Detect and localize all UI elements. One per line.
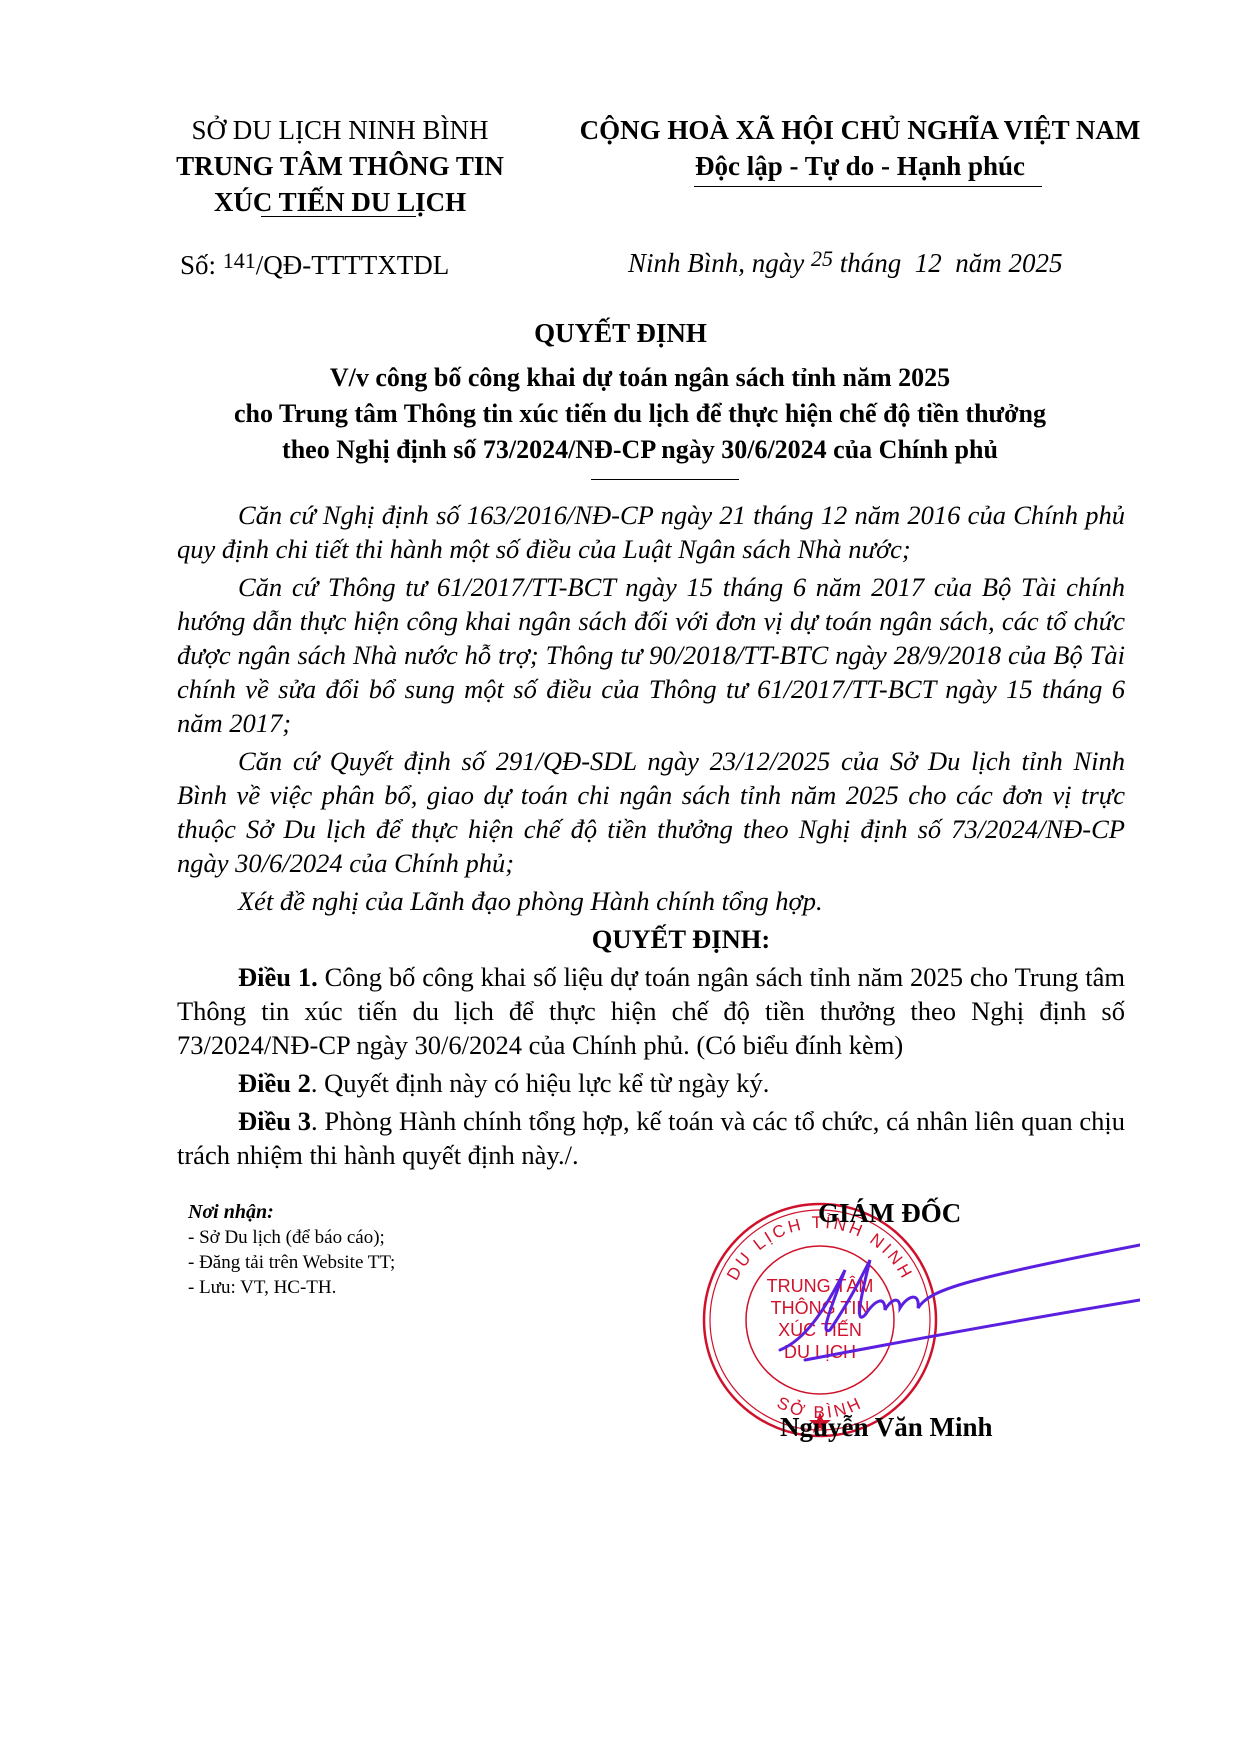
article-2: Điều 2. Quyết định này có hiệu lực kể từ… bbox=[177, 1066, 1125, 1100]
subject-underline bbox=[591, 479, 739, 480]
recipient-item: - Đăng tải trên Website TT; bbox=[188, 1250, 395, 1275]
national-motto: Độc lập - Tự do - Hạnh phúc bbox=[560, 148, 1160, 184]
preamble-2: Căn cứ Thông tư 61/2017/TT-BCT ngày 15 t… bbox=[177, 570, 1125, 740]
article-1: Điều 1. Công bố công khai số liệu dự toá… bbox=[177, 960, 1125, 1062]
article-1-text: Công bố công khai số liệu dự toán ngân s… bbox=[177, 962, 1125, 1060]
article-3-text: . Phòng Hành chính tổng hợp, kế toán và … bbox=[177, 1106, 1125, 1170]
national-heading: CỘNG HOÀ XÃ HỘI CHỦ NGHĨA VIỆT NAM Độc l… bbox=[560, 112, 1160, 184]
subject-line-2: cho Trung tâm Thông tin xúc tiến du lịch… bbox=[160, 396, 1120, 432]
date-month: 12 bbox=[915, 248, 942, 278]
number-value: 141 bbox=[223, 248, 256, 273]
recipients-block: Nơi nhận: - Sở Du lịch (để báo cáo); - Đ… bbox=[188, 1200, 395, 1300]
date-prefix: Ninh Bình, ngày bbox=[628, 248, 804, 278]
agency-name-line1: TRUNG TÂM THÔNG TIN bbox=[140, 148, 540, 184]
subject-line-1: V/v công bố công khai dự toán ngân sách … bbox=[160, 360, 1120, 396]
preamble-1: Căn cứ Nghị định số 163/2016/NĐ-CP ngày … bbox=[177, 498, 1125, 566]
article-2-label: Điều 2 bbox=[238, 1068, 311, 1098]
issuing-agency: SỞ DU LỊCH NINH BÌNH TRUNG TÂM THÔNG TIN… bbox=[140, 112, 540, 220]
agency-underline bbox=[261, 216, 416, 217]
article-2-text: . Quyết định này có hiệu lực kể từ ngày … bbox=[311, 1068, 770, 1098]
recipient-item: - Sở Du lịch (để báo cáo); bbox=[188, 1225, 395, 1250]
article-3: Điều 3. Phòng Hành chính tổng hợp, kế to… bbox=[177, 1104, 1125, 1172]
motto-underline bbox=[694, 186, 1042, 187]
preamble-4: Xét đề nghị của Lãnh đạo phòng Hành chín… bbox=[177, 884, 1125, 918]
subject-line-3: theo Nghị định số 73/2024/NĐ-CP ngày 30/… bbox=[160, 432, 1120, 468]
decision-heading: QUYẾT ĐỊNH: bbox=[177, 922, 1125, 956]
document-number: Số: 141/QĐ-TTTTXTDL bbox=[180, 248, 449, 281]
agency-name-line2: XÚC TIẾN DU LỊCH bbox=[140, 184, 540, 220]
signer-name: Nguyễn Văn Minh bbox=[780, 1412, 993, 1443]
date-year-label: năm bbox=[955, 248, 1002, 278]
number-suffix: /QĐ-TTTTXTDL bbox=[256, 250, 449, 280]
country-name: CỘNG HOÀ XÃ HỘI CHỦ NGHĨA VIỆT NAM bbox=[560, 112, 1160, 148]
article-3-label: Điều 3 bbox=[238, 1106, 311, 1136]
document-body: Căn cứ Nghị định số 163/2016/NĐ-CP ngày … bbox=[177, 498, 1125, 1176]
document-subject: V/v công bố công khai dự toán ngân sách … bbox=[160, 360, 1120, 468]
signer-title: GIÁM ĐỐC bbox=[818, 1198, 961, 1229]
article-1-label: Điều 1. bbox=[238, 962, 318, 992]
date-day: 25 bbox=[811, 246, 833, 271]
date-month-label: tháng bbox=[840, 248, 902, 278]
recipients-label: Nơi nhận: bbox=[188, 1200, 395, 1225]
agency-parent: SỞ DU LỊCH NINH BÌNH bbox=[140, 112, 540, 148]
number-label: Số: bbox=[180, 250, 216, 280]
handwritten-signature-icon bbox=[760, 1240, 1140, 1400]
document-title: QUYẾT ĐỊNH bbox=[0, 318, 1241, 349]
document-date: Ninh Bình, ngày 25 tháng 12 năm 2025 bbox=[628, 246, 1063, 279]
preamble-3: Căn cứ Quyết định số 291/QĐ-SDL ngày 23/… bbox=[177, 744, 1125, 880]
recipient-item: - Lưu: VT, HC-TH. bbox=[188, 1275, 395, 1300]
date-year: 2025 bbox=[1009, 248, 1063, 278]
